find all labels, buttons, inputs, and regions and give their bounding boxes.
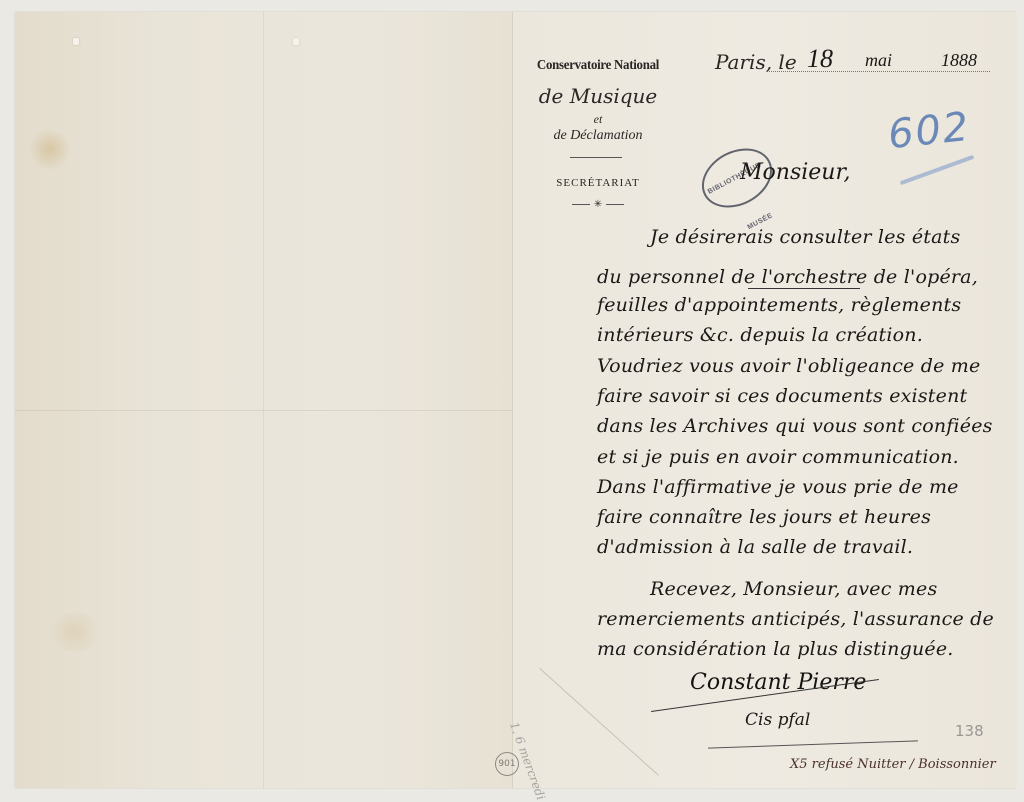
pin-hole [293, 38, 299, 45]
letterhead-et: et [513, 112, 683, 127]
letter-line: faire savoir si ces documents existent [597, 385, 967, 407]
foxing-stain [30, 127, 70, 172]
underline-orchestre [748, 288, 860, 289]
letter-line: feuilles d'appointements, règlements [597, 294, 961, 316]
date-month: mai [865, 50, 892, 71]
signature: Constant Pierre [690, 670, 866, 695]
blue-archive-number: 602 [886, 104, 973, 158]
letterhead-declamation: de Déclamation [513, 128, 683, 144]
letter-line: et si je puis en avoir communication. [597, 446, 959, 468]
letterhead-institution: Conservatoire National [520, 58, 676, 74]
letter-line: ma considération la plus distinguée. [597, 638, 954, 660]
letter-line: du personnel de l'orchestre de l'opéra, [597, 266, 978, 288]
archive-note: X5 refusé Nuitter / Boissonnier [790, 757, 996, 772]
letter-line: Voudriez vous avoir l'obligeance de me [597, 355, 980, 377]
letter-line: remerciements anticipés, l'assurance de [597, 608, 994, 630]
pin-hole [73, 38, 79, 45]
signature-title: Cis pfal [745, 710, 810, 730]
letter-line: faire connaître les jours et heures [597, 506, 931, 528]
date-year: 1888 [941, 50, 977, 71]
letterhead-divider [570, 157, 622, 158]
blank-left-page [15, 12, 512, 788]
letterhead-musique: de Musique [513, 84, 683, 108]
pencil-page-number: 138 [955, 722, 984, 740]
date-line: Paris, le 18 mai 1888 [715, 48, 990, 76]
fold-crease-vertical [263, 12, 264, 788]
letter-line: d'admission à la salle de travail. [597, 536, 913, 558]
foxing-stain [45, 612, 105, 652]
ornament-star-icon: ✳ [513, 199, 683, 210]
salutation: Monsieur, [740, 160, 851, 185]
letter-line: intérieurs &c. depuis la création. [597, 324, 923, 346]
letter-line: Je désirerais consulter les états [650, 226, 960, 248]
letterhead-department: SECRÉTARIAT [513, 177, 683, 189]
letter-line: Recevez, Monsieur, avec mes [650, 578, 937, 600]
date-underline [767, 71, 990, 72]
circled-number: 901 [495, 752, 519, 776]
letter-line: Dans l'affirmative je vous prie de me [597, 476, 959, 498]
date-day: 18 [807, 44, 833, 74]
letter-line: dans les Archives qui vous sont confiées [597, 415, 993, 437]
